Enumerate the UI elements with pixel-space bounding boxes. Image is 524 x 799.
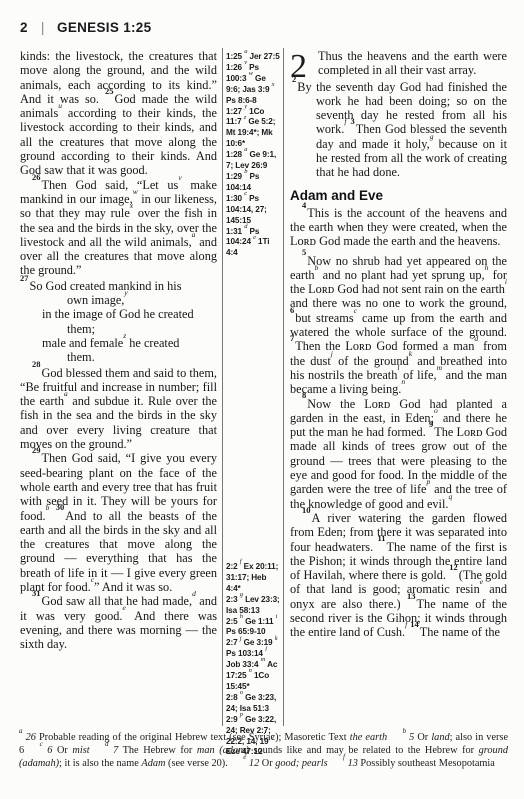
paragraph-gen2-1: 2Thus the heavens and the earth were com…	[290, 49, 507, 78]
running-head-reference: GENESIS 1:25	[57, 20, 151, 35]
chapter-number: 2	[290, 51, 318, 92]
footnotes-block: a 26 Probable reading of the original He…	[19, 731, 508, 770]
paragraph-gen1-25: kinds: the livestock, the creatures that…	[20, 49, 217, 178]
section-heading: Adam and Eve	[290, 188, 507, 203]
column-divider-left	[222, 48, 223, 726]
paragraph-gen1-31: 31God saw all that he had made,d and it …	[20, 594, 217, 651]
cross-reference-entry: 1:27 y 1Co 11:7 z Ge 5:2; Mt 19:4*; Mk 1…	[226, 107, 281, 151]
paragraph-gen1-26: 26Then God said, “Let usv make mankind i…	[20, 178, 217, 278]
poetry-line: 27So God created mankind in his	[20, 279, 217, 293]
page-header: 2 | GENESIS 1:25	[20, 20, 151, 35]
verse-text: Thus the heavens and the earth were comp…	[318, 49, 507, 77]
left-text-column: kinds: the livestock, the creatures that…	[20, 49, 217, 651]
page-number: 2	[20, 20, 28, 35]
cross-references-ch2: 2:2 f Ex 20:11; 31:17; Heb 4:4* 2:3 g Le…	[226, 562, 281, 758]
poetry-line: them;	[20, 322, 217, 336]
paragraph-gen2-8-9: 8Now the Lᴏʀᴅ God had planted a garden i…	[290, 397, 507, 511]
right-text-column: 2Thus the heavens and the earth were com…	[290, 49, 507, 640]
paragraph-gen2-2-3: 2By the seventh day God had finished the…	[290, 80, 507, 180]
cross-reference-entry: 2:2 f Ex 20:11; 31:17; Heb 4:4*	[226, 562, 281, 595]
cross-reference-entry: 1:26 v Ps 100:3 w Ge 9:6; Jas 3:9 x Ps 8…	[226, 63, 281, 107]
poetry-line: them.	[20, 350, 217, 364]
paragraph-gen1-28: 28God blessed them and said to them, “Be…	[20, 366, 217, 452]
paragraph-gen2-10-14: 10A river watering the garden flowed fro…	[290, 511, 507, 640]
cross-references-ch1: 1:25 u Jer 27:5 1:26 v Ps 100:3 w Ge 9:6…	[226, 52, 281, 259]
poetry-line: male and femalez he created	[20, 336, 217, 350]
cross-reference-entry: 1:31 d Ps 104:24 e 1Ti 4:4	[226, 227, 281, 260]
poetry-line: own image,y	[20, 293, 217, 307]
cross-reference-entry: 2:5 h Ge 1:11 i Ps 65:9-10	[226, 617, 281, 639]
column-divider-right	[283, 48, 284, 726]
cross-reference-entry: 1:25 u Jer 27:5	[226, 52, 281, 63]
cross-reference-entry: 2:3 g Lev 23:3; Isa 58:13	[226, 595, 281, 617]
poetry-gen1-27: 27So God created mankind in his own imag…	[20, 279, 217, 365]
cross-reference-column: 1:25 u Jer 27:5 1:26 v Ps 100:3 w Ge 9:6…	[226, 52, 281, 728]
paragraph-gen1-29-30: 29Then God said, “I give you every seed-…	[20, 451, 217, 594]
cross-reference-entry: 2:8 o Ge 3:23, 24; Isa 51:3	[226, 693, 281, 715]
paragraph-gen2-5-7: 5Now no shrub had yet appeared on the ea…	[290, 254, 507, 397]
cross-reference-entry: 1:30 c Ps 104:14, 27; 145:15	[226, 194, 281, 227]
cross-reference-entry: 1:28 a Ge 9:1, 7; Lev 26:9	[226, 150, 281, 172]
poetry-line: in the image of God he created	[20, 307, 217, 321]
cross-reference-entry: 1:29 b Ps 104:14	[226, 172, 281, 194]
header-divider: |	[41, 20, 43, 35]
cross-reference-entry: 2:7 j Ge 3:19 k Ps 103:14 l Job 33:4 m A…	[226, 638, 281, 693]
bible-page: 2 | GENESIS 1:25 kinds: the livestock, t…	[0, 0, 524, 799]
paragraph-gen2-4: 4This is the account of the heavens and …	[290, 206, 507, 249]
